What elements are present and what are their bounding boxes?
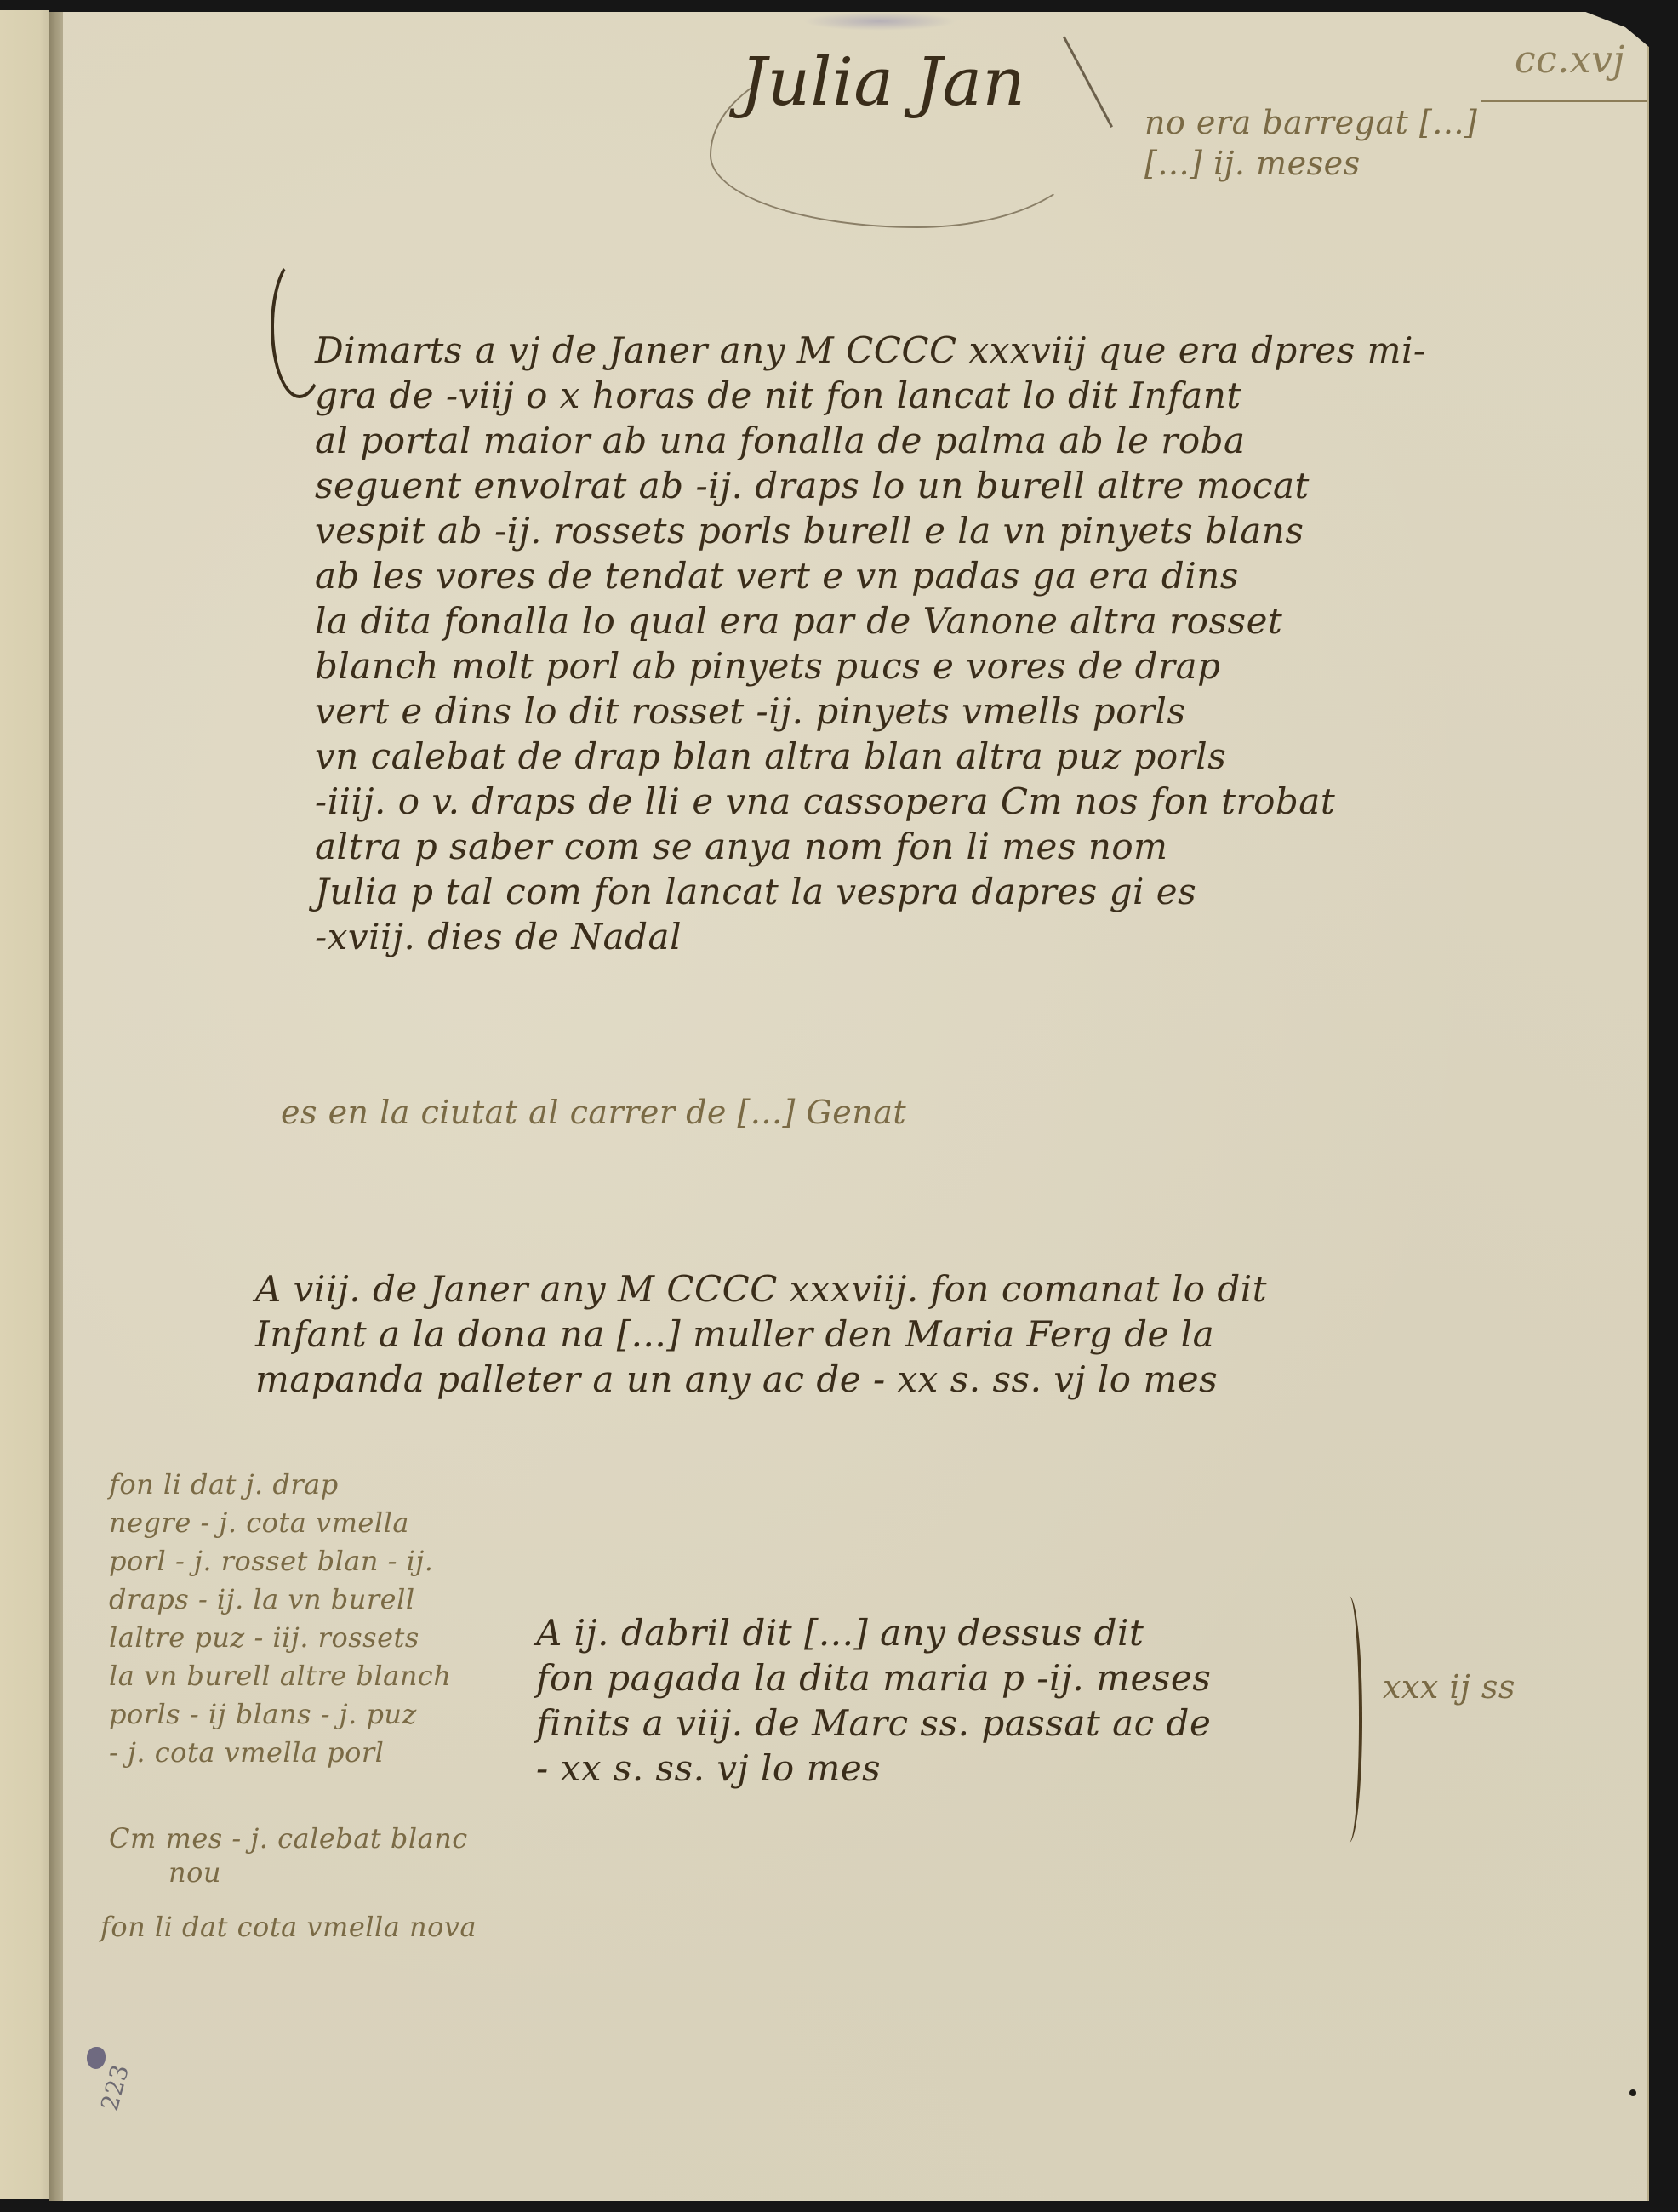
entry-line: mapanda palleter a un any ac de - xx s. … (255, 1357, 1267, 1402)
entry-line: A ij. dabril dit [...] any dessus dit (536, 1610, 1211, 1655)
address-note: es en la ciutat al carrer de [...] Genat (281, 1094, 906, 1131)
title-annotation: no era barregat [...] [...] ij. meses (1144, 102, 1477, 184)
scan-bottom-edge (0, 2201, 1678, 2212)
entry-line: seguent envolrat ab -ij. draps lo un bur… (315, 463, 1426, 508)
entry-line: ab les vores de tendat vert e vn padas g… (315, 553, 1426, 598)
entry-2-text: A viij. de Janer any M CCCC xxxviij. fon… (255, 1266, 1267, 1402)
margin-note-line: Cm mes - j. calebat blanc (109, 1821, 468, 1855)
facing-page-edge (0, 10, 49, 2199)
margin-notes-list: fon li dat j. drap negre - j. cota vmell… (109, 1466, 451, 1772)
entry-line: altra p saber com se anya nom fon li mes… (315, 824, 1426, 869)
entry-line: vn calebat de drap blan altra blan altra… (315, 734, 1426, 779)
entry-line: Infant a la dona na [...] muller den Mar… (255, 1312, 1267, 1357)
entry-line: -xviij. dies de Nadal (315, 914, 1426, 959)
entry-line: finits a viij. de Marc ss. passat ac de (536, 1700, 1211, 1746)
entry-3-text: A ij. dabril dit [...] any dessus dit fo… (536, 1610, 1211, 1791)
paper-speck (1629, 2089, 1636, 2096)
entry-line: Dimarts a vj de Janer any M CCCC xxxviij… (315, 328, 1426, 373)
margin-note-line: la vn burell altre blanch (109, 1657, 451, 1695)
book-gutter (49, 12, 63, 2201)
entry-line: vert e dins lo dit rosset -ij. pinyets v… (315, 689, 1426, 734)
entry-line: al portal maior ab una fonalla de palma … (315, 418, 1426, 463)
entry-1-text: Dimarts a vj de Janer any M CCCC xxxviij… (315, 328, 1426, 959)
margin-note-line: negre - j. cota vmella (109, 1504, 451, 1542)
folio-number: cc.xvj (1515, 38, 1625, 82)
margin-notes-secondary: Cm mes - j. calebat blanc nou (109, 1821, 468, 1889)
margin-note-final: fon li dat cota vmella nova (100, 1911, 477, 1943)
margin-note-line: porls - ij blans - j. puz (109, 1695, 451, 1734)
entry-line: blanch molt porl ab pinyets pucs e vores… (315, 643, 1426, 689)
margin-note-line: laltre puz - iij. rossets (109, 1619, 451, 1657)
entry-line: vespit ab -ij. rossets porls burell e la… (315, 508, 1426, 553)
margin-note-line: fon li dat j. drap (109, 1466, 451, 1504)
entry-line: gra de -viij o x horas de nit fon lancat… (315, 373, 1426, 418)
margin-note-line: porl - j. rosset blan - ij. (109, 1542, 451, 1580)
margin-note-line: nou (109, 1855, 468, 1889)
bracket-sum: xxx ij ss (1383, 1668, 1515, 1706)
page-title: Julia Jan (740, 49, 1025, 116)
entry-line: fon pagada la dita maria p -ij. meses (536, 1655, 1211, 1700)
margin-note-line: - j. cota vmella porl (109, 1734, 451, 1772)
ink-stain (803, 12, 956, 31)
entry-line: - xx s. ss. vj lo mes (536, 1746, 1211, 1791)
title-annotation-line: [...] ij. meses (1144, 143, 1477, 184)
entry-line: Julia p tal com fon lancat la vespra dap… (315, 869, 1426, 914)
entry-line: A viij. de Janer any M CCCC xxxviij. fon… (255, 1266, 1267, 1312)
margin-note-line: draps - ij. la vn burell (109, 1580, 451, 1619)
entry-line: la dita fonalla lo qual era par de Vanon… (315, 598, 1426, 643)
title-annotation-line: no era barregat [...] (1144, 102, 1477, 143)
folio-underline (1481, 100, 1647, 102)
entry-line: -iiij. o v. draps de lli e vna cassopera… (315, 779, 1426, 824)
